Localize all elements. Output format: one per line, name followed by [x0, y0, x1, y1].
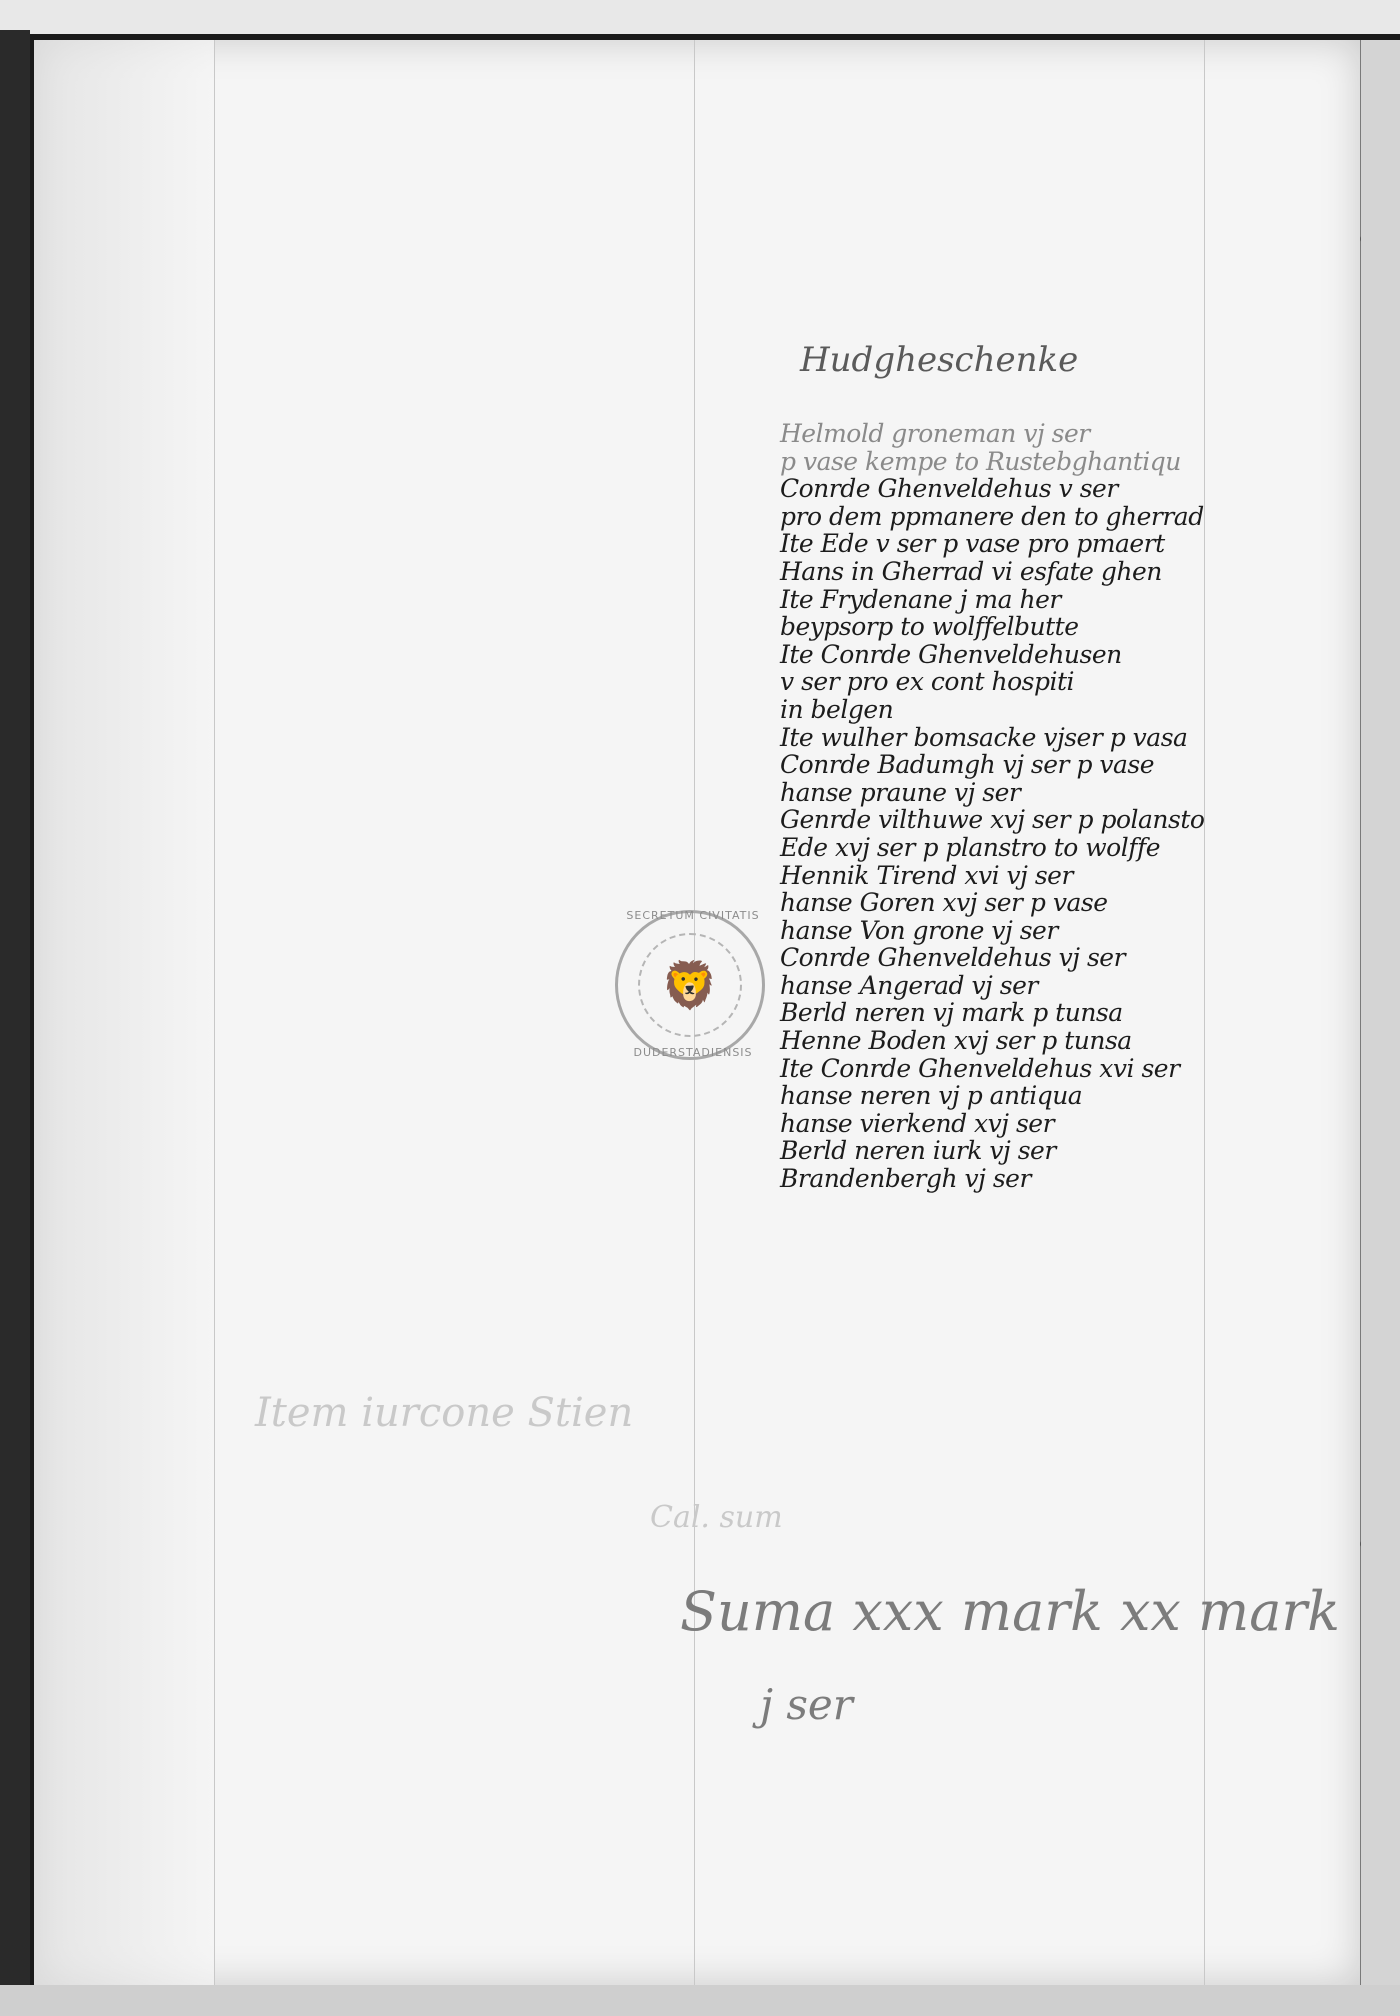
entry-line: v ser pro ex cont hospiti	[780, 668, 1300, 696]
scan-border-top	[0, 0, 1400, 34]
book-edge	[0, 30, 30, 1990]
ruling-line	[214, 40, 215, 1985]
faded-text-2: Cal. sum	[650, 1500, 783, 1535]
entry-line: Conrde Badumgh vj ser p vase	[780, 751, 1300, 779]
entry-line: hanse vierkend xvj ser	[780, 1110, 1300, 1138]
entry-line: Ite Ede v ser p vase pro pmaert	[780, 530, 1300, 558]
entry-heading: Hudgheschenke	[800, 340, 1078, 380]
entry-line: Berld neren vj mark p tunsa	[780, 999, 1300, 1027]
entry-line: pro dem ppmanere den to gherrad	[780, 503, 1300, 531]
archive-stamp: SECRETUM CIVITATIS 🦁 DUDERSTADIENSIS	[615, 910, 765, 1060]
entry-line: Conrde Ghenveldehus v ser	[780, 475, 1300, 503]
entry-line: Berld neren iurk vj ser	[780, 1137, 1300, 1165]
entry-line: Genrde vilthuwe xvj ser p polansto	[780, 806, 1300, 834]
entry-line: Hennik Tirend xvi vj ser	[780, 862, 1300, 890]
stamp-text-bottom: DUDERSTADIENSIS	[618, 1046, 768, 1059]
entry-line: Ite Frydenane j ma her	[780, 586, 1300, 614]
entry-line: beypsorp to wolffelbutte	[780, 613, 1300, 641]
entry-line: hanse Angerad vj ser	[780, 972, 1300, 1000]
entry-line: in belgen	[780, 696, 1300, 724]
entry-line: Ite Conrde Ghenveldehus xvi ser	[780, 1055, 1300, 1083]
entry-line: Ede xvj ser p planstro to wolffe	[780, 834, 1300, 862]
stamp-text-top: SECRETUM CIVITATIS	[618, 909, 768, 922]
scan-border-bottom	[0, 1985, 1400, 2016]
entry-line: Ite Conrde Ghenveldehusen	[780, 641, 1300, 669]
faded-text: Item iurcone Stien	[255, 1390, 633, 1436]
entry-line: hanse Von grone vj ser	[780, 917, 1300, 945]
lion-icon: 🦁	[638, 933, 742, 1037]
page-stain	[34, 40, 214, 1985]
entry-line: hanse Goren xvj ser p vase	[780, 889, 1300, 917]
summa-line-2: j ser	[760, 1680, 853, 1729]
entry-line: Henne Boden xvj ser p tunsa	[780, 1027, 1300, 1055]
entry-line: hanse neren vj p antiqua	[780, 1082, 1300, 1110]
entry-line: Conrde Ghenveldehus vj ser	[780, 944, 1300, 972]
entry-line: Hans in Gherrad vi esfate ghen	[780, 558, 1300, 586]
entry-line: Helmold groneman vj ser	[780, 420, 1300, 448]
book-binding	[1358, 40, 1400, 1985]
entry-line: p vase kempe to Rustebghantiqu	[780, 448, 1300, 476]
entries-list: Helmold groneman vj ser p vase kempe to …	[780, 420, 1300, 1193]
summa-line: Suma xxx mark xx mark	[680, 1580, 1340, 1643]
entry-line: Brandenbergh vj ser	[780, 1165, 1300, 1193]
entry-line: Ite wulher bomsacke vjser p vasa	[780, 724, 1300, 752]
entry-line: hanse praune vj ser	[780, 779, 1300, 807]
